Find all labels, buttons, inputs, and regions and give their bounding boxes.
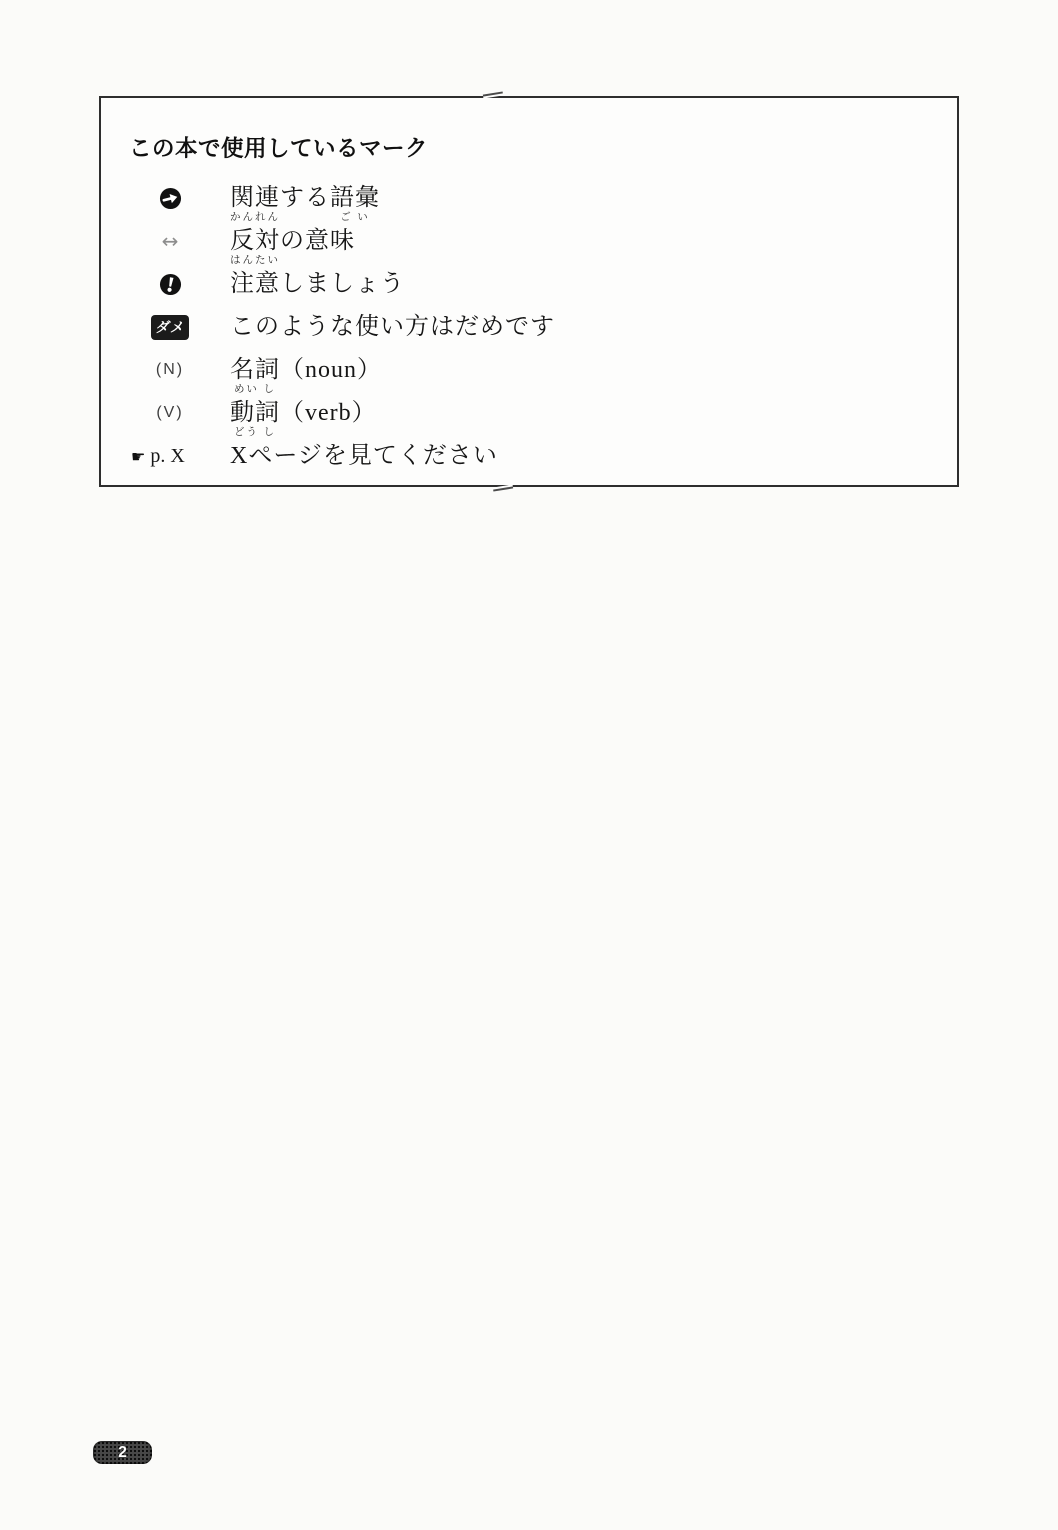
legend-item-see-page: ☛ p. X Xページを見てください <box>141 443 957 483</box>
item-text: する <box>280 185 330 211</box>
furigana: ご い <box>340 212 370 225</box>
item-text: の意味 <box>280 228 355 254</box>
legend-item-bad-usage: ダメ このような使い方はだめです <box>141 314 957 354</box>
legend-item-noun: (N) 名詞めい し （noun） <box>141 357 957 397</box>
legend-list: 関連かんれん する 語彙ご い ↔ 反対はんたい の意味 <box>141 185 957 483</box>
item-text: Xページを見てください <box>230 443 498 469</box>
exclamation-circle-icon <box>159 273 182 296</box>
legend-item-related-vocab: 関連かんれん する 語彙ご い <box>141 185 957 225</box>
scanned-book-page: { "legend": { "title": "この本で使用しているマーク", … <box>0 0 1058 1530</box>
legend-title: この本で使用しているマーク <box>129 131 957 163</box>
item-text: 反対 <box>230 228 280 254</box>
verb-marker: (V) <box>156 404 183 422</box>
furigana: めい し <box>234 384 276 397</box>
page-number-badge: 2 <box>93 1441 152 1464</box>
item-text: 動詞 <box>230 400 280 426</box>
item-text: 関連 <box>230 185 280 211</box>
furigana: はんたい <box>230 255 280 268</box>
legend-box: この本で使用しているマーク 関連かんれん する 語彙ご い <box>99 96 959 487</box>
binding-notch-top <box>483 91 503 98</box>
legend-item-caution: 注意しましょう <box>141 271 957 311</box>
item-text: （verb） <box>280 400 377 426</box>
noun-marker: (N) <box>156 361 184 379</box>
dame-badge: ダメ <box>151 315 189 340</box>
pointing-hand-icon: ☛ <box>131 447 145 466</box>
binding-notch-bottom <box>493 484 513 491</box>
item-text: （noun） <box>280 357 382 383</box>
furigana: かんれん <box>230 212 280 225</box>
item-text: 語彙 <box>330 185 380 211</box>
item-text: 名詞 <box>230 357 280 383</box>
item-text: このような使い方はだめです <box>230 314 555 340</box>
legend-item-opposite-meaning: ↔ 反対はんたい の意味 <box>141 228 957 268</box>
legend-item-verb: (V) 動詞どう し （verb） <box>141 400 957 440</box>
page-ref-label: p. X <box>150 445 184 468</box>
page-number: 2 <box>118 1444 127 1462</box>
arrow-right-circle-icon <box>159 187 182 210</box>
dame-badge-label: ダメ <box>154 317 186 337</box>
furigana: どう し <box>234 427 276 440</box>
left-right-arrow-icon: ↔ <box>162 231 179 251</box>
item-text: 注意しましょう <box>230 271 405 297</box>
